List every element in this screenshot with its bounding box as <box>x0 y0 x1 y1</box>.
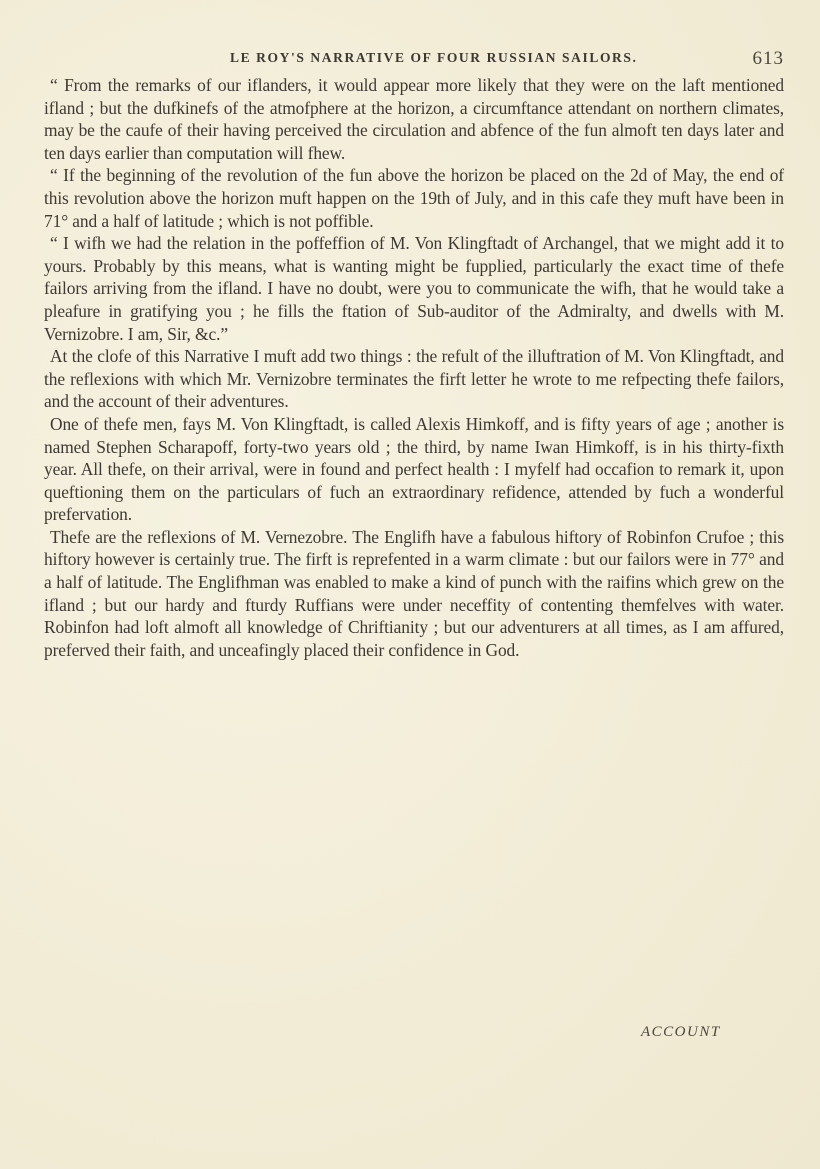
paragraph-klingstadt-relation: “ I wifh we had the relation in the poff… <box>44 232 784 345</box>
running-title: Le Roy's Narrative of Four Russian Sailo… <box>230 50 637 66</box>
running-header: Le Roy's Narrative of Four Russian Sailo… <box>44 48 784 74</box>
catchword: ACCOUNT <box>641 1024 721 1041</box>
paragraph-sun-revolution: “ If the beginning of the revolution of … <box>44 164 784 232</box>
paragraph-islanders-remarks: “ From the remarks of our iflanders, it … <box>44 74 784 164</box>
paragraph-vernezobre-reflexions: Thefe are the reflexions of M. Vernezobr… <box>44 526 784 662</box>
body-text: “ From the remarks of our iflanders, it … <box>44 74 784 661</box>
book-page: Le Roy's Narrative of Four Russian Sailo… <box>44 48 784 661</box>
paragraph-close-of-narrative: At the clofe of this Narrative I muft ad… <box>44 345 784 413</box>
paragraph-sailors-identities: One of thefe men, fays M. Von Klingftadt… <box>44 413 784 526</box>
page-number: 613 <box>753 48 785 70</box>
